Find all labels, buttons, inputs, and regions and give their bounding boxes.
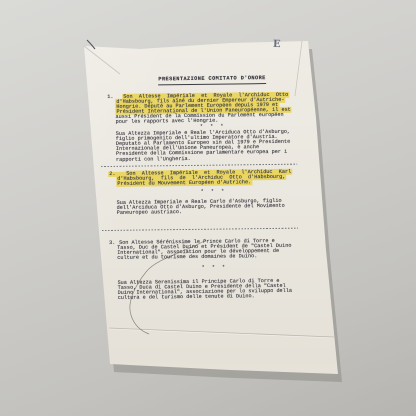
item3-italian-paragraph: Sua Altezza Serenissima il Principe Carl… (110, 279, 296, 302)
item1-french-paragraph: 1.Son Altesse Impériale et Royale l'Arch… (107, 92, 293, 125)
item3-french-paragraph: 3.Son Altesse Sérénissime le Prince Carl… (109, 239, 295, 262)
document-title: PRESENTAZIONE COMITATO D'ONORE (158, 75, 265, 85)
doc-line: culture et du tourisme des domaines de D… (117, 254, 257, 262)
doc-line: Président du Mouvement Européen d'Autric… (116, 179, 252, 187)
document-photo: E PRESENTAZIONE COMITATO D'ONORE 1.Son A… (0, 0, 416, 416)
item1-italian-paragraph: Sua Altezza Imperiale e Reale l'Arciduca… (108, 130, 294, 163)
item2-french-paragraph: 2.Son Altesse Impériale et Royale l'Arch… (108, 169, 294, 187)
stars-separator: * * * (109, 265, 295, 272)
doc-line: rapporti con l'Ungheria. (116, 156, 191, 163)
dashed-separator (102, 228, 298, 231)
handwritten-mark: E (273, 39, 281, 50)
dashed-separator (101, 163, 297, 166)
stars-separator: * * * (108, 189, 294, 196)
document-content: PRESENTAZIONE COMITATO D'ONORE 1.Son Alt… (107, 72, 296, 302)
item2-italian-paragraph: Sua Altezza Imperiale e Reale Carlo d'As… (109, 199, 295, 217)
doc-line: Paneuropeo austriaco. (117, 209, 182, 216)
